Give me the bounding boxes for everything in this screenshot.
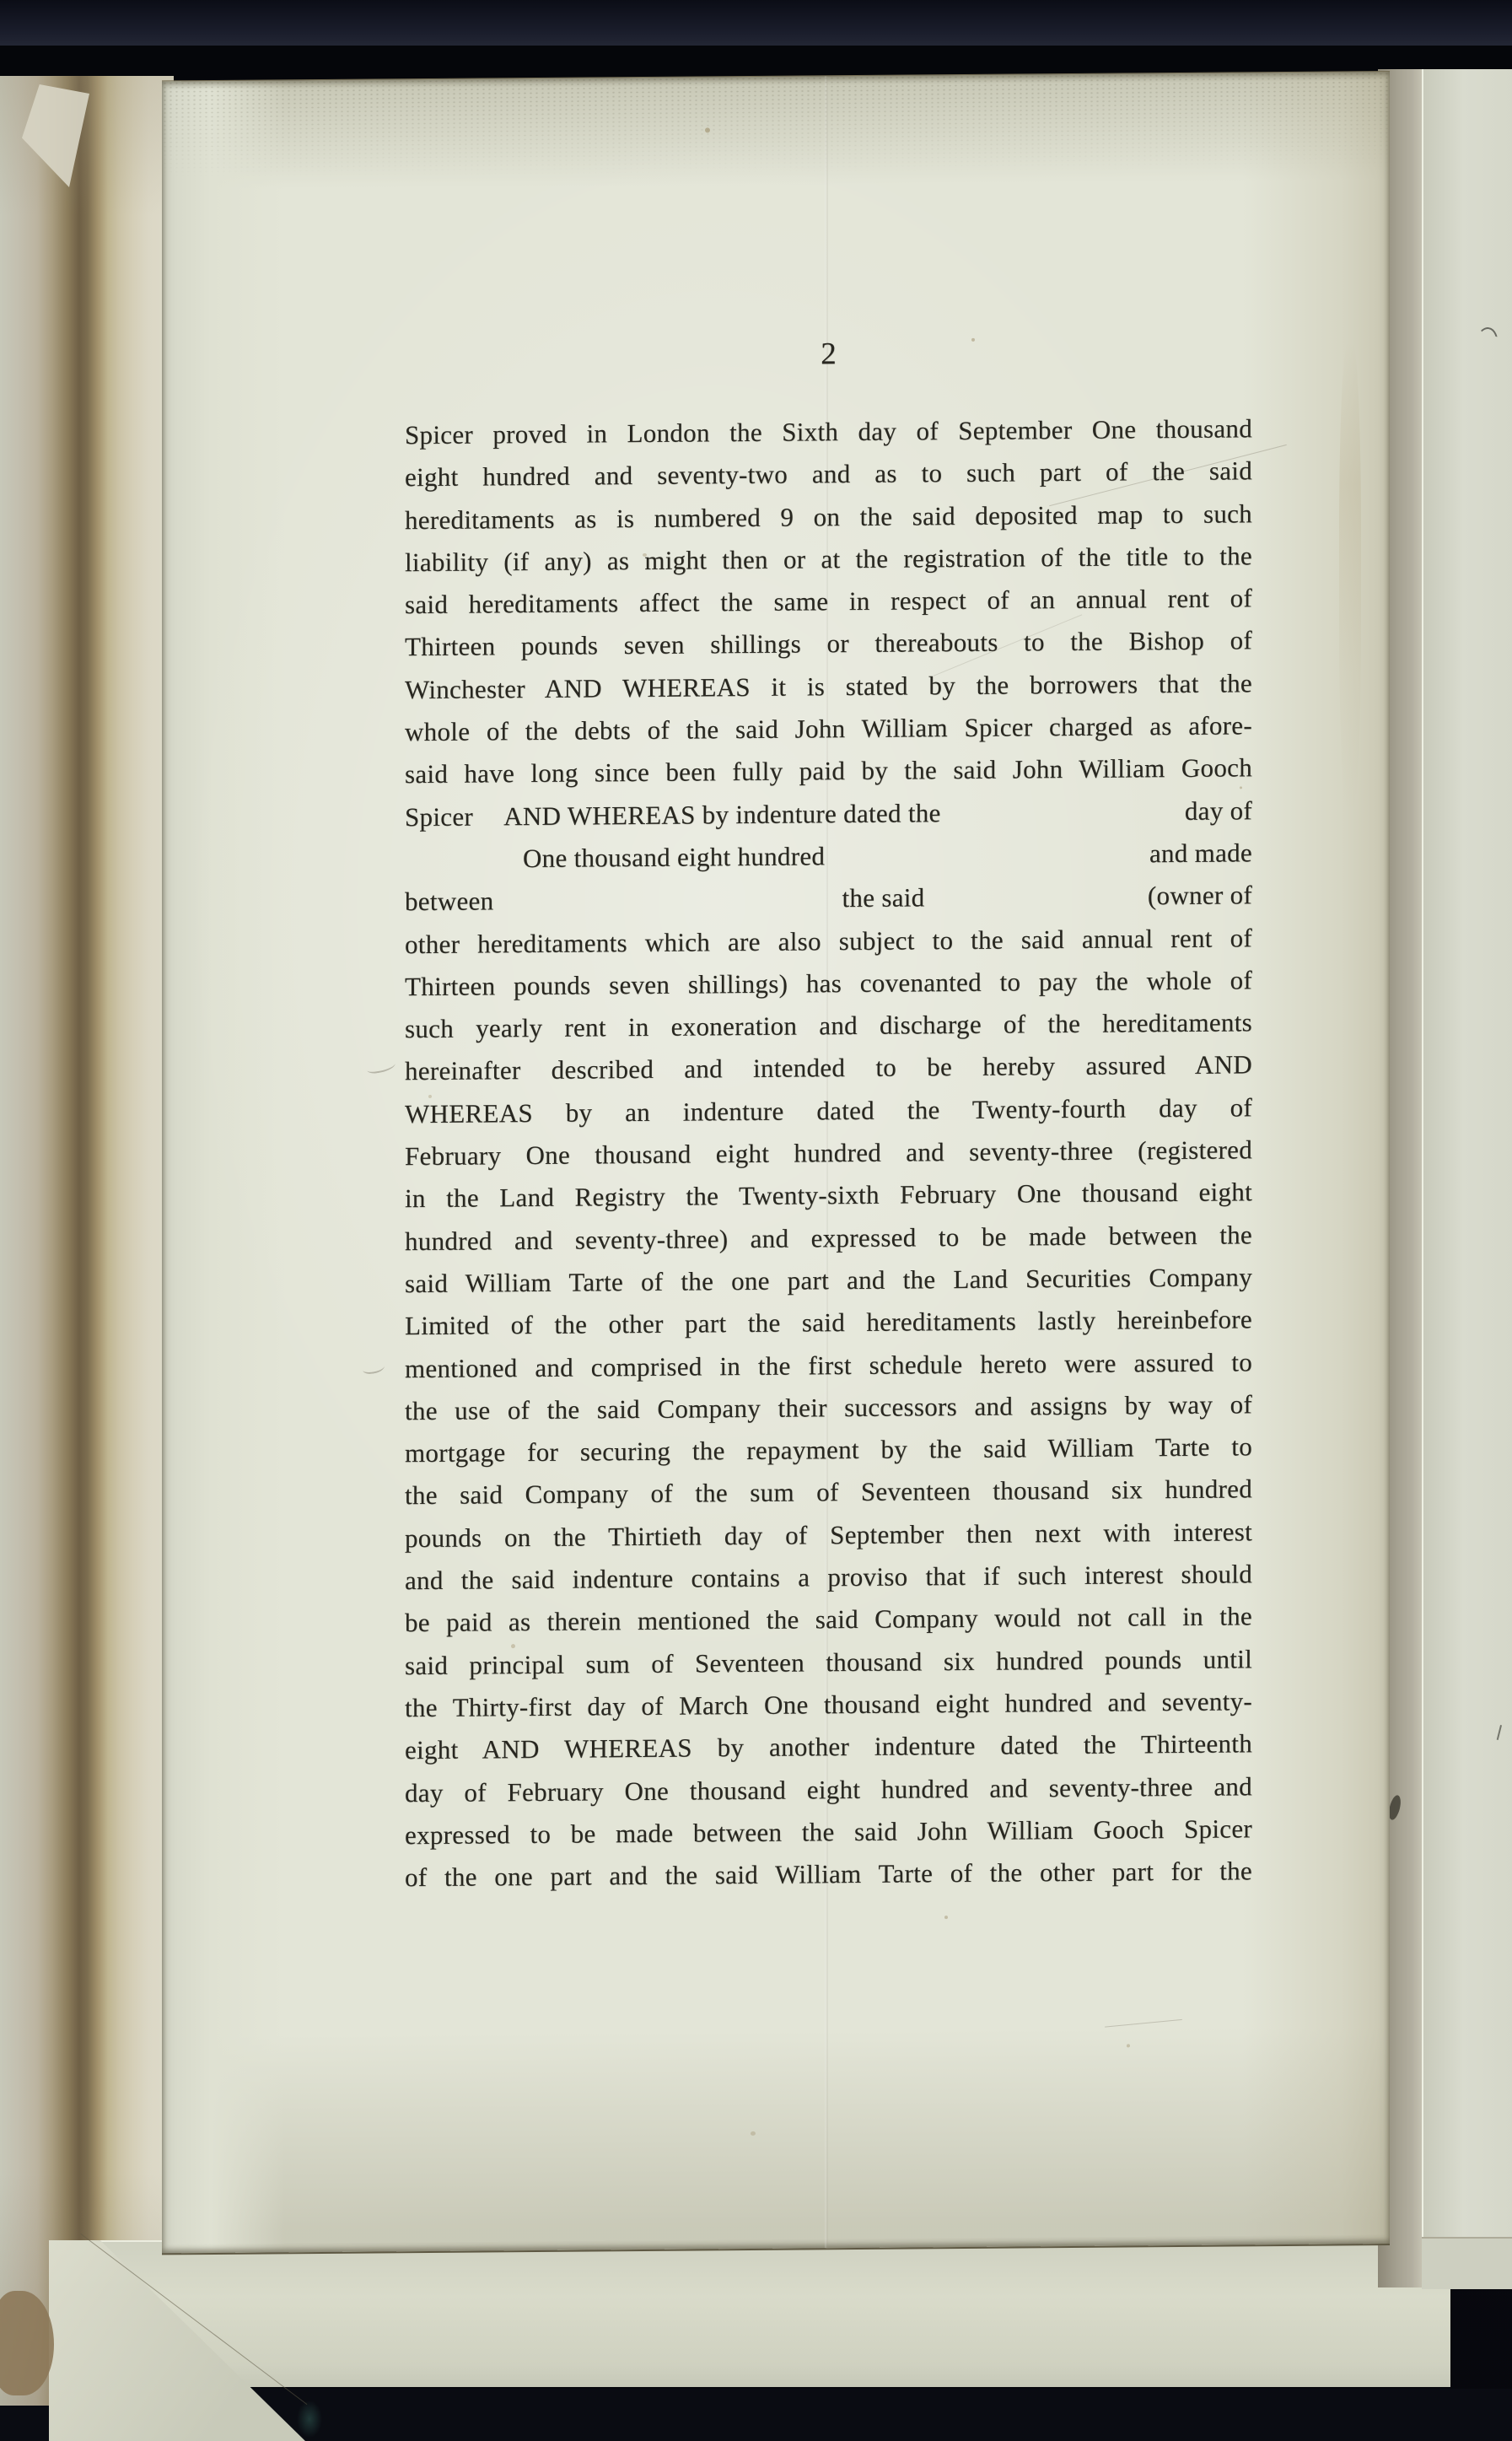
text-line: of the one part and the said William Tar…	[405, 1850, 1252, 1899]
text-line: said hereditaments affect the same in re…	[405, 577, 1252, 626]
text-line: Spicer proved in London the Sixth day of…	[405, 407, 1252, 456]
next-page-bottom-edges	[1422, 2237, 1512, 2289]
text-line: whole of the debts of the said John Will…	[405, 704, 1252, 753]
text-line: hereditaments as is numbered 9 on the sa…	[405, 493, 1252, 542]
text-line: eight hundred and seventy-two and as to …	[405, 450, 1252, 499]
text-line: mentioned and comprised in the first sch…	[405, 1341, 1252, 1390]
text-line: such yearly rent in exoneration and disc…	[405, 1001, 1252, 1050]
cover-smudge	[297, 2401, 322, 2438]
blank-fill-in-space	[825, 862, 1149, 865]
text-line: other hereditaments which are also subje…	[405, 917, 1252, 966]
fox-spot	[944, 1916, 948, 1919]
text-line: Winchester AND WHEREAS it is stated by t…	[405, 662, 1252, 711]
text-line: liability (if any) as might then or at t…	[405, 535, 1252, 584]
text-segment: (owner of	[1148, 875, 1252, 918]
text-line: said William Tarte of the one part and t…	[405, 1256, 1252, 1305]
page-number: 2	[405, 332, 1252, 375]
text-segment: One thousand eight hundred	[523, 835, 825, 880]
text-line: said principal sum of Seventeen thousand…	[405, 1638, 1252, 1687]
text-segment: between	[405, 881, 493, 924]
page-top-speckle-texture	[162, 72, 1390, 178]
text-line: hundred and seventy-three) and expressed…	[405, 1214, 1252, 1263]
text-line: SpicerAND WHEREAS by indenture dated the…	[405, 789, 1252, 838]
document-page: 2 Spicer proved in London the Sixth day …	[162, 71, 1390, 2255]
body-text: Spicer proved in London the Sixth day of…	[405, 407, 1252, 1899]
book-cover-top-edge	[0, 0, 1512, 46]
text-line: the use of the said Company their succes…	[405, 1383, 1252, 1432]
text-line: expressed to be made between the said Jo…	[405, 1808, 1252, 1856]
text-line: WHEREAS by an indenture dated the Twenty…	[405, 1086, 1252, 1135]
pencil-tick	[366, 1059, 396, 1075]
blank-fill-in-space	[941, 820, 1185, 822]
indent-space	[405, 867, 523, 868]
text-line: the said Company of the sum of Seventeen…	[405, 1468, 1252, 1517]
text-line: hereinafter described and intended to be…	[405, 1044, 1252, 1093]
fox-spot	[705, 127, 710, 132]
text-segment: day of	[1185, 789, 1252, 833]
text-line: Limited of the other part the said hered…	[405, 1299, 1252, 1348]
text-segment: the said	[842, 877, 925, 920]
text-line: betweenthe said(owner of	[405, 875, 1252, 924]
text-line: eight AND WHEREAS by another indenture d…	[405, 1722, 1252, 1771]
text-line: day of February One thousand eight hundr…	[405, 1765, 1252, 1814]
text-line: said have long since been fully paid by …	[405, 747, 1252, 796]
text-line: the Thirty-first day of March One thousa…	[405, 1680, 1252, 1729]
text-line: and the said indenture contains a provis…	[405, 1553, 1252, 1602]
scanned-book-photo: 2 Spicer proved in London the Sixth day …	[0, 0, 1512, 2441]
blank-fill-in-space	[493, 907, 842, 909]
text-line: mortgage for securing the repayment by t…	[405, 1425, 1252, 1474]
next-page-edge	[1422, 69, 1512, 2237]
text-segment: AND WHEREAS by indenture dated the	[503, 792, 940, 838]
underlying-page-bottom	[49, 2240, 1450, 2387]
fox-spot	[1127, 2044, 1130, 2047]
left-page-stack-shading	[0, 76, 174, 2406]
blank-fill-in-space	[924, 905, 1147, 907]
surface-scratch	[1105, 2019, 1182, 2028]
text-segment: Spicer	[405, 795, 473, 838]
text-line: Thirteen pounds seven shillings) has cov…	[405, 959, 1252, 1008]
fox-spot	[751, 2131, 756, 2136]
text-line: Thirteen pounds seven shillings or there…	[405, 620, 1252, 669]
text-line: pounds on the Thirtieth day of September…	[405, 1511, 1252, 1560]
text-line: One thousand eight hundredand made	[405, 832, 1252, 881]
right-margin-stain	[1339, 342, 1361, 814]
text-line: February One thousand eight hundred and …	[405, 1129, 1252, 1177]
pencil-tick	[362, 1361, 385, 1375]
text-line: in the Land Registry the Twenty-sixth Fe…	[405, 1172, 1252, 1220]
text-line: be paid as therein mentioned the said Co…	[405, 1596, 1252, 1645]
text-segment: and made	[1149, 832, 1252, 875]
